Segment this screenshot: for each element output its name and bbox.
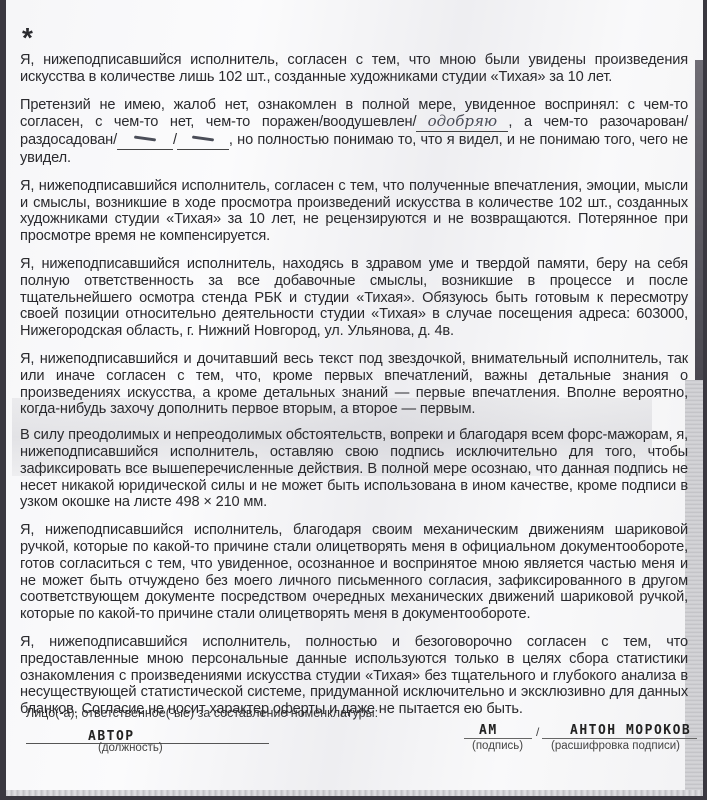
signature-field[interactable]: АМ [464, 724, 532, 739]
paragraph-6: В силу преодолимых и непреодолимых обсто… [20, 427, 688, 511]
signature-caption: (подпись) [472, 740, 523, 752]
signature-separator: / [536, 725, 539, 739]
name-field[interactable]: АНТОН МОРОКОВ [542, 724, 697, 739]
paragraph-1: Я, нижеподписавшийся исполнитель, соглас… [20, 52, 688, 86]
paper-bottom-edge [6, 790, 703, 796]
paragraph-7: Я, нижеподписавшийся исполнитель, благод… [20, 522, 688, 623]
asterisk-mark: * [22, 28, 688, 46]
paragraph-5: Я, нижеподписавшийся и дочитавший весь т… [20, 351, 688, 418]
handwritten-dash-mark [134, 136, 156, 142]
paragraph-3: Я, нижеподписавшийся исполнитель, соглас… [20, 178, 688, 245]
position-caption: (должность) [98, 742, 163, 754]
handwritten-field-upset[interactable] [177, 132, 229, 150]
agreement-text: * Я, нижеподписавшийся исполнитель, согл… [20, 28, 688, 729]
handwritten-field-disappointed[interactable] [117, 132, 173, 150]
signature-value: АМ [479, 723, 498, 738]
handwritten-dash-mark [192, 136, 214, 142]
handwritten-answer: одобряю [428, 112, 497, 130]
handwritten-field-impression[interactable]: одобряю [416, 113, 508, 132]
responsible-label: Лицо(-а), ответственное(-ые) за составле… [26, 706, 378, 720]
paragraph-4: Я, нижеподписавшийся исполнитель, находя… [20, 256, 688, 340]
document-sheet: * Я, нижеподписавшийся исполнитель, согл… [6, 0, 703, 796]
name-caption: (расшифровка подписи) [551, 740, 680, 752]
name-value: АНТОН МОРОКОВ [570, 723, 691, 738]
paragraph-2: Претензий не имею, жалоб нет, ознакомлен… [20, 97, 688, 167]
photo-edge-shadow [695, 60, 703, 380]
